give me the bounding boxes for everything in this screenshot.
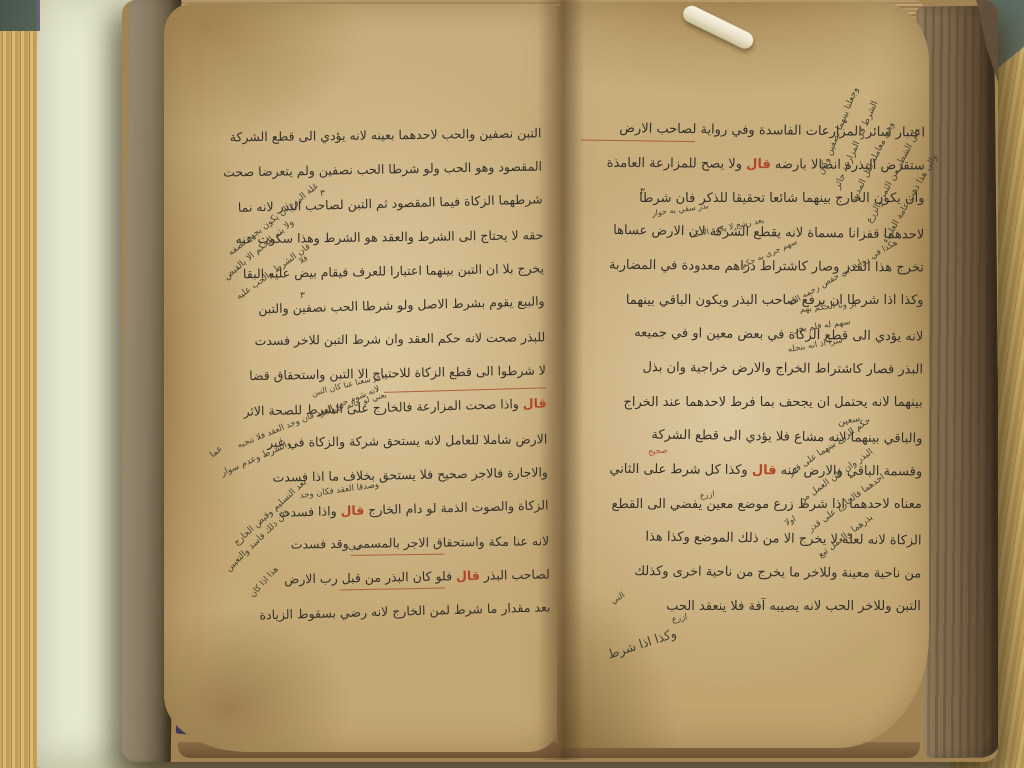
manuscript-line: للبذر صحت لانه حكم العقد وان شرط التبن ل… [283,322,545,359]
manuscript-line: الارض شاملا للعامل لانه يستحق شركة والزك… [285,424,547,461]
rubric-word: قال [456,568,480,583]
manuscript-line: والبيع يقوم بشرط الاصل ولو شرطا الحب نصف… [282,286,545,327]
floor-corner-topleft [0,0,40,31]
manuscript-line: التبن وللاخر الحب لانه يصيبه آفة فلا ينع… [577,592,921,626]
rubric-line [581,139,695,142]
rubric-word: قال [752,463,777,478]
right-page-text: اعتبار سائر المزارعات الفاسدة وفي رواية … [577,115,925,628]
manuscript-line: حقه لا يحتاج الى الشرط والعقد هو الشرط و… [281,220,543,257]
rubric-line [340,587,445,590]
margin-note: ٣ [300,292,305,302]
manuscript-line: وكذا اذا شرطا ان يرفع صاحب البذر ويكون ا… [580,286,924,320]
margin-note: ازرع [700,490,716,500]
margin-note: ٣ [640,188,645,198]
margin-note: صحيح [648,447,668,457]
rubric-line [350,554,444,556]
margin-note: ٣ [320,190,325,200]
manuscript-line: الزكاة لانه لعله لا يخرج الا من ذلك المو… [577,521,921,560]
manuscript-line: من ناحية معينة وللاخر ما يخرج من ناحية ا… [577,556,921,593]
manuscript-line: بعد مقدار ما شرط لمن الخارج لانه رضي بسق… [288,592,551,633]
manuscript-line: البذر فصار كاشتراط الخراج والارض خراجية … [579,352,923,389]
margin-note: حب [348,544,362,554]
rubric-word: قال [746,157,771,172]
manuscript-line: لانه يؤدي الى قطع الزكاة في بعض معين او … [579,317,923,356]
manuscript-line: بينهما لانه يحتمل ان يجحف بما فرط لاحدهم… [579,388,923,422]
rubric-word: قال [523,395,547,411]
manuscript-line: التبن نصفين والحب لاحدهما بعينه لانه يؤد… [279,118,541,155]
rubric-word: قال [340,502,364,518]
table-wood-left [0,0,37,768]
manuscript-photo: التبن نصفين والحب لاحدهما بعينه لانه يؤد… [0,0,1024,768]
manuscript-line: لانه عنا مكة واستحقاق الاجر بالمسمى وقد … [287,526,549,563]
